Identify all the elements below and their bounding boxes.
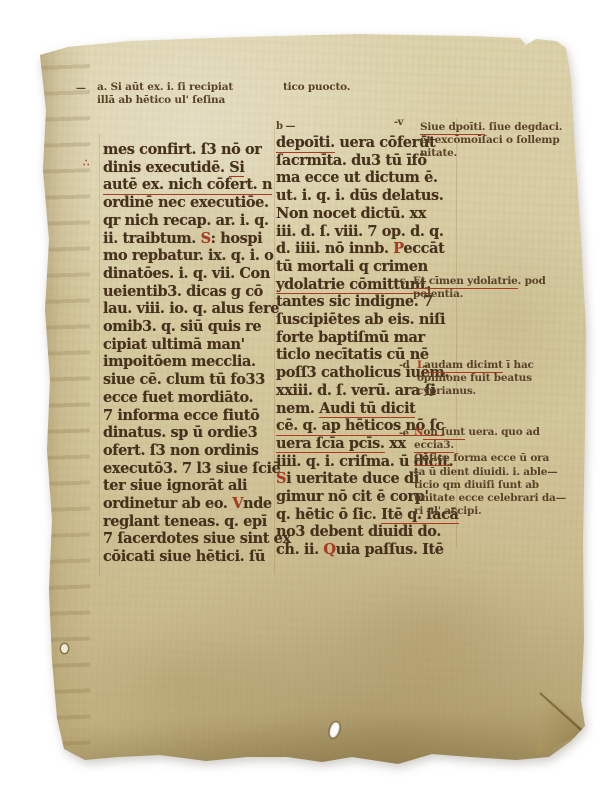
rubricated-text: Q: [323, 541, 335, 558]
rubricated-text: Si: [229, 159, 244, 178]
ink-text: ta ū dient diuidi. i. able—: [414, 466, 558, 478]
wormhole: [61, 644, 68, 653]
text-line: reglant teneas. q. epī: [103, 513, 279, 531]
ink-text: ch. ii.: [276, 541, 323, 558]
text-line: ſuscipiētes ab eis. niſi: [276, 311, 458, 329]
text-line: dinis executidē. Si: [103, 159, 279, 177]
rubric-dots: ∴: [83, 158, 89, 169]
ink-text: dinis executidē.: [103, 159, 229, 176]
ink-text: polentia.: [413, 288, 463, 300]
text-line: no3 debent diuidi do.: [276, 523, 458, 541]
ink-text: ecce fuet mordiāto.: [103, 389, 253, 406]
text-line: Siue dpoīti. ſiue degdaci.: [420, 121, 562, 134]
rubricated-text: depoīti.: [276, 134, 335, 153]
parchment-stain: [70, 620, 290, 740]
ink-text: q. hētic ō ſic.: [276, 506, 381, 523]
text-line: eccia3.: [414, 439, 566, 452]
ref-mark-a: —: [76, 83, 86, 94]
text-line: cyprianus.: [417, 385, 534, 398]
ink-text: dinatōes. i. q. vii. Con: [103, 265, 270, 282]
ink-text: xxiii. d. ſ. verū. ara ſi: [276, 382, 436, 399]
text-line: 7 ſacerdotes siue sint ex: [103, 530, 279, 548]
rubricated-text: uera ſcīa pcīs.: [276, 435, 385, 454]
parchment-hole: [328, 721, 341, 739]
ink-text: 7 informa ecce fiutō: [103, 407, 259, 424]
ink-text: cipiat ultimā man': [103, 336, 245, 353]
text-line: ordinē nec executiōe.: [103, 194, 279, 212]
manuscript-leaf: — a. Si aūt ex. i. ſi recipiatillā ab hē…: [0, 0, 604, 800]
ink-text: iii. d. ſ. viii. 7 op. d. q.: [276, 223, 444, 240]
ink-text: cōicati siue hētici. ſū: [103, 548, 265, 565]
ink-text: executō3. 7 l3 siue ſciē: [103, 460, 281, 477]
rubricated-text: ydolatrie cōmittunt.: [276, 276, 431, 295]
ink-text: ordinē nec executiōe.: [103, 194, 269, 211]
rubricated-text: S: [201, 230, 211, 247]
text-line: siue cē. clum tū fo33: [103, 371, 279, 389]
text-line: tū mortali q crimen: [276, 258, 458, 276]
ink-text: nitate.: [420, 147, 457, 159]
text-line: ma ecce ut dictum ē.: [276, 169, 458, 187]
ink-text: 7 ſacerdotes siue sint ex: [103, 530, 291, 547]
text-line: polentia.: [413, 288, 546, 301]
rubricated-text: S: [276, 470, 286, 487]
ink-text: et excōmoīſaci o ſollemp: [420, 134, 559, 146]
text-line: qr nich recap. ar. i. q.: [103, 212, 279, 230]
ink-text: ueientib3. dicas g cō: [103, 283, 263, 300]
ink-text: ordinetur ab eo.: [103, 495, 232, 512]
rubricated-text: N: [414, 426, 423, 438]
rubricated-text: V: [232, 495, 243, 512]
rubricated-text: Et cīmen ydolatrie: [413, 275, 518, 289]
text-line: Non ſunt uera. quo ad: [414, 426, 566, 439]
text-line: mo repbatur. ix. q. i. o: [103, 247, 279, 265]
ink-text: uia paſſus. Itē: [336, 541, 444, 558]
text-line: ticio qm diuiſi ſunt ab: [414, 479, 566, 492]
ink-text: opinione fuit beatus: [417, 372, 532, 384]
text-line: Et cīmen ydolatrie. pod: [413, 275, 546, 288]
ink-text: ii. traibtum.: [103, 230, 201, 247]
text-line: ordinetur ab eo. Vnde: [103, 495, 279, 513]
rubricated-text: autē ex. nich cōfert. n: [103, 176, 272, 195]
margin-note-3: Laudam dicimt ī hacopinione fuit beatusc…: [417, 359, 534, 399]
ink-text: ſuscipiētes ab eis. niſi: [276, 311, 445, 328]
text-line: ri ul' accipi.: [414, 505, 566, 518]
text-line: nem. Audi tū dicit: [276, 400, 458, 418]
rubricated-text: Cōfice: [414, 452, 450, 466]
ink-text: i ueritate duce dī: [286, 470, 419, 487]
ref-mark-e: -e: [399, 428, 409, 439]
ink-text: no3 debent diuidi do.: [276, 523, 441, 540]
text-line: lau. viii. io. q. alus fere: [103, 300, 279, 318]
text-line: Non nocet dictū. xx: [276, 205, 458, 223]
text-line: opinione fuit beatus: [417, 372, 534, 385]
top-left-gloss: a. Si aūt ex. i. ſi recipiatillā ab hēti…: [97, 81, 233, 107]
text-line: ta ū dient diuidi. i. able—: [414, 466, 566, 479]
text-line: omib3. q. siū quis re: [103, 318, 279, 336]
ink-text: nde: [243, 495, 272, 512]
ink-text: ſacrmīta. du3 tū īfō: [276, 152, 427, 169]
ink-text: : hospi: [211, 230, 263, 247]
text-line: unitate ecce celebrari da—: [414, 492, 566, 505]
ink-text: nem.: [276, 400, 319, 417]
text-line: ch. ii. Quia paſſus. Itē: [276, 541, 458, 559]
rubricated-text: P: [393, 240, 403, 257]
ref-mark-d: -d: [399, 360, 409, 371]
ink-text: Non nocet dictū. xx: [276, 205, 426, 222]
ink-text: dinatus. sp ū ordie3: [103, 424, 257, 441]
ink-text: ticio qm diuiſi ſunt ab: [414, 479, 539, 491]
ink-text: ma ecce ut dictum ē.: [276, 169, 438, 186]
ink-text: uera. quo ad: [465, 426, 540, 438]
text-line: dinatus. sp ū ordie3: [103, 424, 279, 442]
ref-mark-c: -c: [396, 276, 405, 287]
ink-text: cyprianus.: [417, 385, 476, 397]
text-line: mes confirt. ſ3 nō or: [103, 141, 279, 159]
ink-text: ut. i. q. i. dūs delatus.: [276, 187, 443, 204]
ref-mark-b: b —: [276, 121, 295, 132]
ink-text: ī hac: [503, 359, 534, 371]
text-line: 7 informa ecce fiutō: [103, 407, 279, 425]
ink-text: illā ab hētico ul' ſeſina: [97, 94, 225, 106]
ink-text: gimur nō cit ē corp': [276, 488, 429, 505]
text-line: iii. d. ſ. viii. 7 op. d. q.: [276, 223, 458, 241]
ink-text: ter siue ignorāt ali: [103, 477, 247, 494]
rubricated-text: on ſunt: [423, 426, 465, 440]
folded-corner: [528, 688, 590, 760]
binding-edge: [36, 40, 90, 762]
ink-text: qr nich recap. ar. i. q.: [103, 212, 269, 229]
text-line: impoitōem mecclia.: [103, 353, 279, 371]
text-line: ut. i. q. i. dūs delatus.: [276, 187, 458, 205]
ink-text: ofert. ſ3 non ordinis: [103, 442, 259, 459]
ink-text: ri ul' accipi.: [414, 505, 481, 517]
ink-text: forma ecce ū ora: [450, 452, 549, 464]
text-line: Laudam dicimt ī hac: [417, 359, 534, 372]
text-line: cipiat ultimā man': [103, 336, 279, 354]
ink-text: siue cē. clum tū fo33: [103, 371, 265, 388]
rubricated-text: Siue dpoīti.: [420, 121, 485, 135]
margin-note-4: Non ſunt uera. quo adeccia3.Cōfice forma…: [414, 426, 566, 518]
rubricated-text: Audi tū dicit: [319, 400, 415, 419]
ink-text: mo repbatur. ix. q. i. o: [103, 247, 273, 264]
text-line: ofert. ſ3 non ordinis: [103, 442, 279, 460]
ink-text: tū mortali q crimen: [276, 258, 428, 275]
ink-text: d. iiii. nō innb.: [276, 240, 393, 257]
text-line: nitate.: [420, 147, 562, 160]
ref-mark-v: -v: [394, 117, 403, 128]
text-line: autē ex. nich cōfert. n: [103, 176, 279, 194]
text-line: a. Si aūt ex. i. ſi recipiat: [97, 81, 233, 94]
ruling-line: [99, 134, 100, 576]
rubricated-text: eccia3.: [414, 439, 454, 453]
text-line: illā ab hētico ul' ſeſina: [97, 94, 233, 107]
ink-text: mes confirt. ſ3 nō or: [103, 141, 262, 158]
rubricated-text: audam dicimt: [424, 359, 503, 373]
ink-text: reglant teneas. q. epī: [103, 513, 267, 530]
text-line: cōicati siue hētici. ſū: [103, 548, 279, 566]
text-line: et excōmoīſaci o ſollemp: [420, 134, 562, 147]
text-line: ter siue ignorāt ali: [103, 477, 279, 495]
text-line: ueientib3. dicas g cō: [103, 283, 279, 301]
text-line: Cōfice forma ecce ū ora: [414, 452, 566, 465]
margin-note-1: Siue dpoīti. ſiue degdaci.et excōmoīſaci…: [420, 121, 562, 161]
ink-text: lau. viii. io. q. alus fere: [103, 300, 279, 317]
text-line: executō3. 7 l3 siue ſciē: [103, 460, 279, 478]
margin-note-2: Et cīmen ydolatrie. podpolentia.: [413, 275, 546, 301]
ink-text: unitate ecce celebrari da—: [414, 492, 566, 504]
parchment: — a. Si aūt ex. i. ſi recipiatillā ab hē…: [0, 0, 604, 800]
ink-text: . pod: [518, 275, 546, 287]
ink-text: forte baptiſmū mar: [276, 329, 425, 346]
parchment-stain: [330, 560, 530, 700]
ink-text: a. Si aūt ex. i. ſi recipiat: [97, 81, 233, 93]
text-line: ii. traibtum. S: hospi: [103, 230, 279, 248]
text-line: d. iiii. nō innb. Peccāt: [276, 240, 458, 258]
ink-text: tantes sic indigne. 7: [276, 293, 433, 310]
text-line: forte baptiſmū mar: [276, 329, 458, 347]
ink-text: ſiue degdaci.: [485, 121, 562, 133]
ink-text: eccāt: [403, 240, 444, 257]
text-line: ecce fuet mordiāto.: [103, 389, 279, 407]
header-gloss: tico puocto.: [283, 81, 350, 94]
ink-text: impoitōem mecclia.: [103, 353, 256, 370]
text-column-left: mes confirt. ſ3 nō ordinis executidē. Si…: [103, 141, 279, 566]
text-line: dinatōes. i. q. vii. Con: [103, 265, 279, 283]
ink-text: omib3. q. siū quis re: [103, 318, 261, 335]
